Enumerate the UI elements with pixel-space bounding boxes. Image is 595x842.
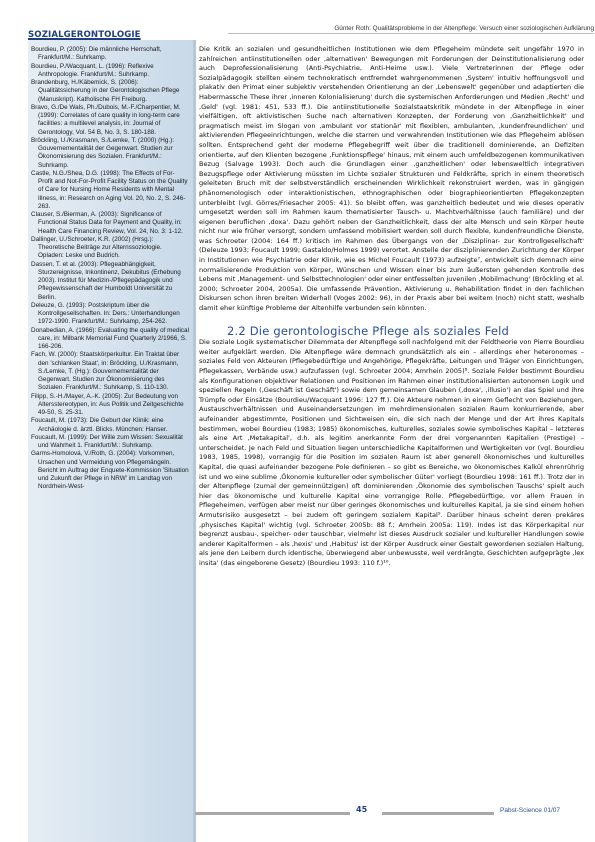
running-header: Günter Roth: Qualitätsprobleme in der Al…	[228, 25, 594, 34]
body-paragraph: Die soziale Logik systematischer Dilemma…	[199, 338, 584, 568]
reference-item: Dallinger, U./Schroeter, K.R. (2002) (Hr…	[31, 236, 189, 261]
section-heading: 2.2 Die gerontologische Pflege als sozia…	[227, 327, 584, 337]
reference-item: Bourdieu, P./Wacquant, L. (1996): Reflex…	[31, 63, 189, 80]
reference-item: Bourdieu, P. (2005): Die männliche Herrs…	[31, 46, 189, 63]
reference-item: Filipp, S.-H./Mayer, A.-K. (2005): Zur B…	[31, 393, 189, 418]
reference-list: Bourdieu, P. (2005): Die männliche Herrs…	[31, 46, 189, 492]
journal-logo: SOZIALGERONTOLOGIE	[28, 30, 141, 40]
body-paragraph: Die Kritik an sozialen und gesundheitlic…	[199, 45, 584, 314]
footer-rule-right	[382, 812, 494, 815]
reference-item: Foucault, M. (1973): Die Geburt der Klin…	[31, 417, 189, 434]
page-number: 45	[356, 805, 367, 814]
reference-item: Deleuze, G. (1993): Postskriptum über di…	[31, 302, 189, 327]
reference-item: Clauser, S./Bierman, A. (2003): Signific…	[31, 211, 189, 236]
reference-item: Castle, N.G./Shea, D.G. (1998): The Effe…	[31, 170, 189, 211]
reference-item: Brandenburg, H./Käbemick, S. (2006): Qua…	[31, 79, 189, 104]
reference-item: Dassen, T. et al. (2003): Pflegeabhängig…	[31, 261, 189, 302]
reference-item: Fach, W. (2000): Staatskörperkultur. Ein…	[31, 351, 189, 392]
reference-item: Donabedian, A. (1966): Evaluating the qu…	[31, 327, 189, 352]
reference-item: Garms-Homolová, V./Roth, G. (2004): Vork…	[31, 450, 189, 491]
article-body: Die Kritik an sozialen und gesundheitlic…	[199, 45, 584, 568]
footer-rule-left	[195, 812, 350, 815]
reference-item: Bravo, G./De Wals, Ph./Dubois, M.-F./Cha…	[31, 104, 189, 137]
journal-issue: Pabst-Science 01/07	[500, 807, 560, 814]
reference-item: Bröckling, U./Krasmann, S./Lemke, T. (20…	[31, 137, 189, 170]
reference-item: Foucault, M. (1999): Der Wille zum Wisse…	[31, 434, 189, 451]
